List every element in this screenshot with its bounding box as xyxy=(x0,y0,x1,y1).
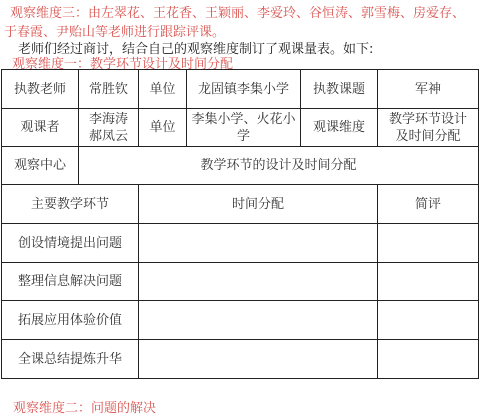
stage-time-cell[interactable] xyxy=(139,263,378,301)
stage-comment-cell[interactable] xyxy=(378,224,479,263)
observer-unit-value: 李集小学、火花小 学 xyxy=(187,109,301,147)
topic-value: 军神 xyxy=(378,70,479,109)
stage-time-cell[interactable] xyxy=(139,340,378,379)
observer-unit-line-2: 学 xyxy=(187,128,300,145)
dimension-value: 教学环节设计 及时间分配 xyxy=(378,109,479,147)
header-stage: 主要教学环节 xyxy=(2,185,139,224)
teacher-label: 执教老师 xyxy=(2,70,79,109)
table-row: 全课总结提炼升华 xyxy=(2,340,479,379)
table-row: 创设情境提出问题 xyxy=(2,224,479,263)
observation-table: 执教老师 常胜钦 单位 龙固镇李集小学 执教课题 军神 观课者 李海涛 郝凤云 … xyxy=(1,69,479,379)
stage-name: 全课总结提炼升华 xyxy=(2,340,139,379)
stage-time-cell[interactable] xyxy=(139,224,378,263)
stage-comment-cell[interactable] xyxy=(378,301,479,340)
dimension-two-heading: 观察维度二：问题的解决 xyxy=(13,397,156,416)
dimension-value-line-2: 及时间分配 xyxy=(378,128,478,145)
observer-value-line-2: 郝凤云 xyxy=(79,128,138,145)
observer-value-line-1: 李海涛 xyxy=(79,111,138,128)
table-row-teacher: 执教老师 常胜钦 单位 龙固镇李集小学 执教课题 军神 xyxy=(2,70,479,109)
table-row-center: 观察中心 教学环节的设计及时间分配 xyxy=(2,147,479,185)
table-header-row: 主要教学环节 时间分配 简评 xyxy=(2,185,479,224)
unit-value: 龙固镇李集小学 xyxy=(187,70,301,109)
dimension-label: 观课维度 xyxy=(301,109,378,147)
stage-time-cell[interactable] xyxy=(139,301,378,340)
observer-unit-label: 单位 xyxy=(139,109,187,147)
observer-label: 观课者 xyxy=(2,109,79,147)
teacher-value: 常胜钦 xyxy=(79,70,139,109)
stage-name: 拓展应用体验价值 xyxy=(2,301,139,340)
table-row: 拓展应用体验价值 xyxy=(2,301,479,340)
dimension-three-line-1: 观察维度三：由左翠花、王花香、王颖丽、李爱玲、谷恒涛、郭雪梅、房爱存、 xyxy=(10,2,465,21)
header-comment: 简评 xyxy=(378,185,479,224)
observer-value: 李海涛 郝凤云 xyxy=(79,109,139,147)
table-row-observer: 观课者 李海涛 郝凤云 单位 李集小学、火花小 学 观课维度 教学环节设计 及时… xyxy=(2,109,479,147)
stage-comment-cell[interactable] xyxy=(378,340,479,379)
header-time: 时间分配 xyxy=(139,185,378,224)
table-row: 整理信息解决问题 xyxy=(2,263,479,301)
unit-label: 单位 xyxy=(139,70,187,109)
center-label: 观察中心 xyxy=(2,147,79,185)
stage-comment-cell[interactable] xyxy=(378,263,479,301)
stage-name: 创设情境提出问题 xyxy=(2,224,139,263)
observer-unit-line-1: 李集小学、火花小 xyxy=(187,111,300,128)
stage-name: 整理信息解决问题 xyxy=(2,263,139,301)
dimension-value-line-1: 教学环节设计 xyxy=(378,111,478,128)
center-value: 教学环节的设计及时间分配 xyxy=(79,147,479,185)
topic-label: 执教课题 xyxy=(301,70,378,109)
